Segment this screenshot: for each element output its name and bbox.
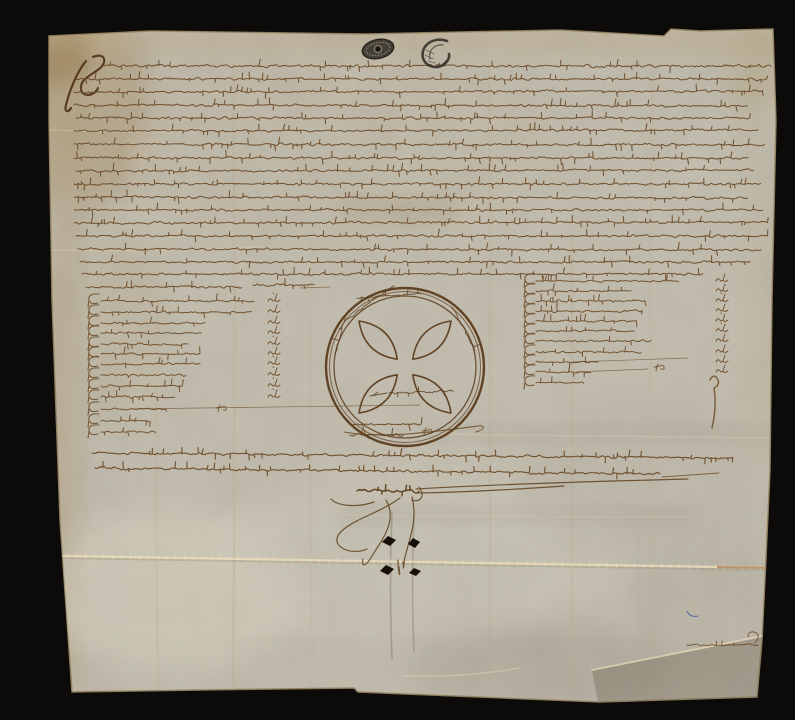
parchment-stains [28, 15, 787, 710]
parchment-sheet [28, 15, 787, 710]
crease-rust-segment [718, 567, 770, 568]
parchment-charter-image [0, 0, 795, 720]
manuscript-photo-stage [0, 0, 795, 720]
